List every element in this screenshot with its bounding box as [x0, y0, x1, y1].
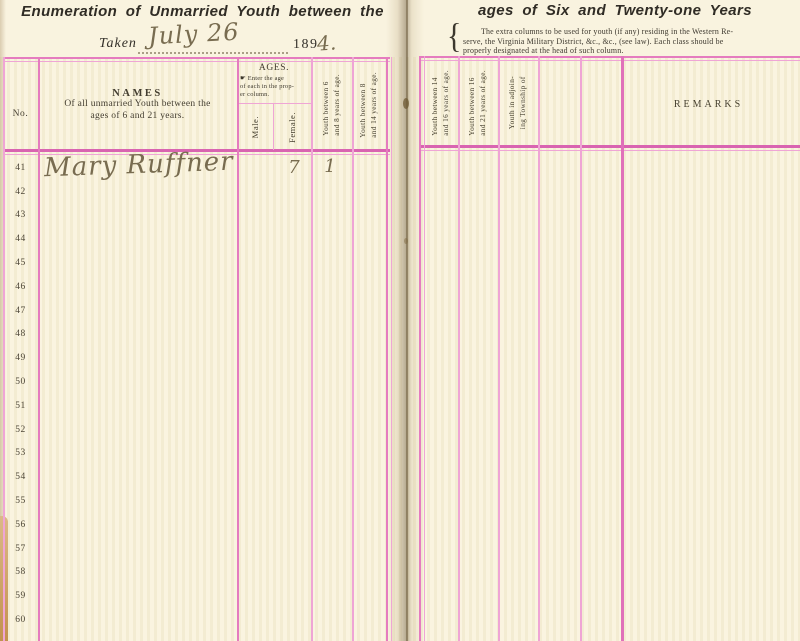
entry-youth-6-8-count-handwritten: 1	[320, 156, 340, 177]
row-number: 49	[3, 346, 38, 370]
female-column-header: Female.	[273, 105, 311, 149]
row-number: 56	[3, 513, 38, 537]
names-column-header: NAMES Of all unmarried Youth between the…	[38, 88, 237, 123]
no-column-header: No.	[3, 109, 38, 119]
names-header-title: NAMES	[38, 88, 237, 99]
row-number: 47	[3, 299, 38, 323]
row-number: 43	[3, 204, 38, 228]
row-number: 45	[3, 251, 38, 275]
ages-note-line1: Enter the age	[248, 75, 284, 82]
ages-note-line2: of each in the prop-	[240, 83, 294, 90]
right-page-title: ages of Six and Twenty-one Years	[440, 2, 790, 19]
male-column-header: Male.	[237, 105, 273, 149]
entry-female-age-handwritten: 7	[284, 157, 304, 178]
row-number: 58	[3, 561, 38, 585]
table-top-rule	[3, 57, 390, 59]
table-top-rule-right	[419, 56, 800, 58]
header-bottom-rule-right-thin	[419, 150, 800, 151]
ages-header-title: AGES.	[237, 63, 311, 73]
row-number: 41	[3, 156, 38, 180]
left-page-edge-rule-thin	[391, 57, 392, 641]
youth-6-8-column-header: Youth between 6 and 8 years of age.	[311, 62, 352, 148]
youth-8-14-column-header: Youth between 8 and 14 years of age.	[352, 62, 386, 148]
right-page-edge-rule	[419, 56, 421, 641]
no-column-rule	[38, 57, 40, 641]
extra-column-rule	[580, 56, 582, 641]
row-number: 48	[3, 323, 38, 347]
youth-14-16-column-header: Youth between 14 and 16 years of age.	[424, 60, 458, 145]
left-page-title: Enumeration of Unmarried Youth between t…	[20, 3, 385, 20]
row-number: 59	[3, 584, 38, 608]
left-page-edge-rule	[386, 57, 388, 641]
taken-label: Taken	[99, 36, 137, 52]
entry-name-handwritten: Mary Ruffner	[44, 147, 235, 184]
ages-subheader-rule	[237, 103, 311, 104]
row-number: 53	[3, 442, 38, 466]
row-number: 51	[3, 394, 38, 418]
header-bottom-rule-right	[419, 145, 800, 148]
handwritten-year-digit: 4.	[316, 30, 337, 55]
note-line1: The extra columns to be used for youth (…	[463, 27, 793, 37]
note-line3: properly designated at the head of such …	[463, 46, 793, 56]
right-page-note: The extra columns to be used for youth (…	[463, 27, 793, 56]
row-number: 50	[3, 370, 38, 394]
ages-header-note: ☛ Enter the age of each in the prop- er …	[240, 75, 310, 99]
ink-blot	[404, 238, 408, 244]
adjoining-township-column-header: Youth in adjoin- ing Township of	[498, 60, 538, 145]
note-line2: serve, the Virginia Military District, &…	[463, 37, 793, 47]
row-number: 42	[3, 180, 38, 204]
handwritten-date: July 26	[147, 18, 240, 51]
row-number: 57	[3, 537, 38, 561]
row-number: 60	[3, 608, 38, 632]
ink-blot	[403, 98, 409, 109]
row-numbers: 4142434445464748495051525354555657585960	[3, 156, 38, 632]
ledger-spread-photo: Enumeration of Unmarried Youth between t…	[0, 0, 800, 641]
names-header-sub2: ages of 6 and 21 years.	[38, 111, 237, 123]
ages-note-line3: er column.	[240, 91, 269, 98]
youth-16-21-column-header: Youth between 16 and 21 years of age.	[458, 60, 498, 145]
row-number: 44	[3, 227, 38, 251]
row-number: 55	[3, 489, 38, 513]
names-header-sub1: Of all unmarried Youth between the	[38, 99, 237, 111]
remarks-column-rule	[621, 56, 624, 641]
book-binding-seam	[406, 0, 408, 641]
row-number: 54	[3, 465, 38, 489]
remarks-column-header: REMARKS	[621, 99, 796, 110]
row-number: 52	[3, 418, 38, 442]
printed-year: 189	[293, 37, 319, 53]
note-brace: {	[447, 17, 461, 56]
adjoining-column-rule	[538, 56, 540, 641]
row-number: 46	[3, 275, 38, 299]
manicule-icon: ☛	[240, 75, 246, 82]
